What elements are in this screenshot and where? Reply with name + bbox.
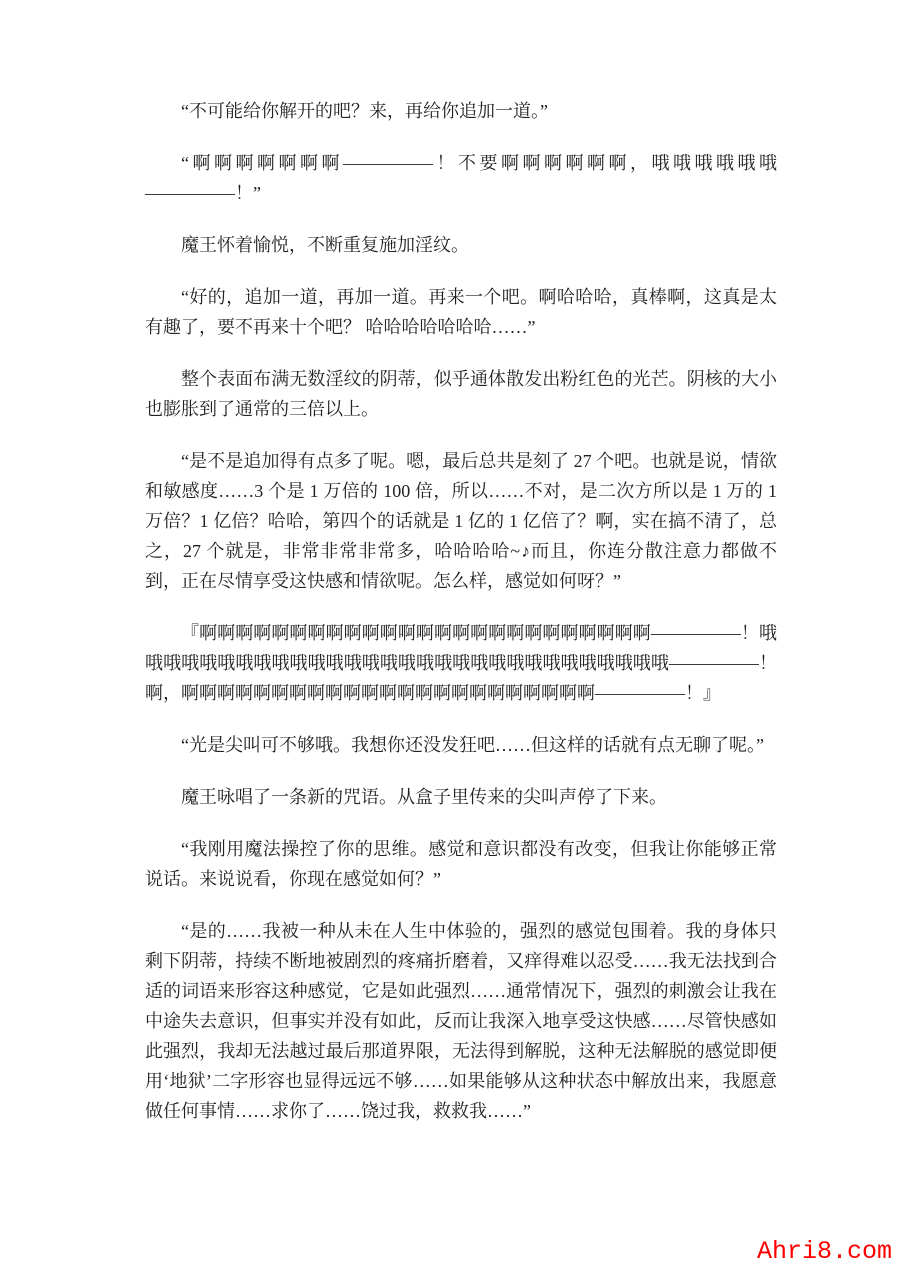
site-watermark: Ahri8.com: [757, 1237, 892, 1266]
paragraph-8: “光是尖叫可不够哦。我想你还没发狂吧……但这样的话就有点无聊了呢。”: [145, 730, 777, 760]
document-page: “不可能给你解开的吧？来，再给你追加一道。” “啊啊啊啊啊啊啊—————！不要啊…: [0, 0, 900, 1272]
paragraph-2: “啊啊啊啊啊啊啊—————！不要啊啊啊啊啊啊，哦哦哦哦哦哦—————！”: [145, 148, 777, 208]
paragraph-6: “是不是追加得有点多了呢。嗯，最后总共是刻了 27 个吧。也就是说，情欲和敏感度…: [145, 446, 777, 596]
paragraph-3: 魔王怀着愉悦，不断重复施加淫纹。: [145, 230, 777, 260]
paragraph-11: “是的……我被一种从未在人生中体验的，强烈的感觉包围着。我的身体只剩下阴蒂，持续…: [145, 916, 777, 1126]
paragraph-10: “我刚用魔法操控了你的思维。感觉和意识都没有改变，但我让你能够正常说话。来说说看…: [145, 834, 777, 894]
paragraph-9: 魔王咏唱了一条新的咒语。从盒子里传来的尖叫声停了下来。: [145, 782, 777, 812]
paragraph-1: “不可能给你解开的吧？来，再给你追加一道。”: [145, 96, 777, 126]
paragraph-5: 整个表面布满无数淫纹的阴蒂，似乎通体散发出粉红色的光芒。阴核的大小也膨胀到了通常…: [145, 364, 777, 424]
paragraph-7: 『啊啊啊啊啊啊啊啊啊啊啊啊啊啊啊啊啊啊啊啊啊啊啊啊啊—————！哦哦哦哦哦哦哦哦…: [145, 618, 777, 708]
story-text-block: “不可能给你解开的吧？来，再给你追加一道。” “啊啊啊啊啊啊啊—————！不要啊…: [145, 96, 777, 1148]
paragraph-4: “好的，追加一道，再加一道。再来一个吧。啊哈哈哈，真棒啊，这真是太有趣了，要不再…: [145, 282, 777, 342]
